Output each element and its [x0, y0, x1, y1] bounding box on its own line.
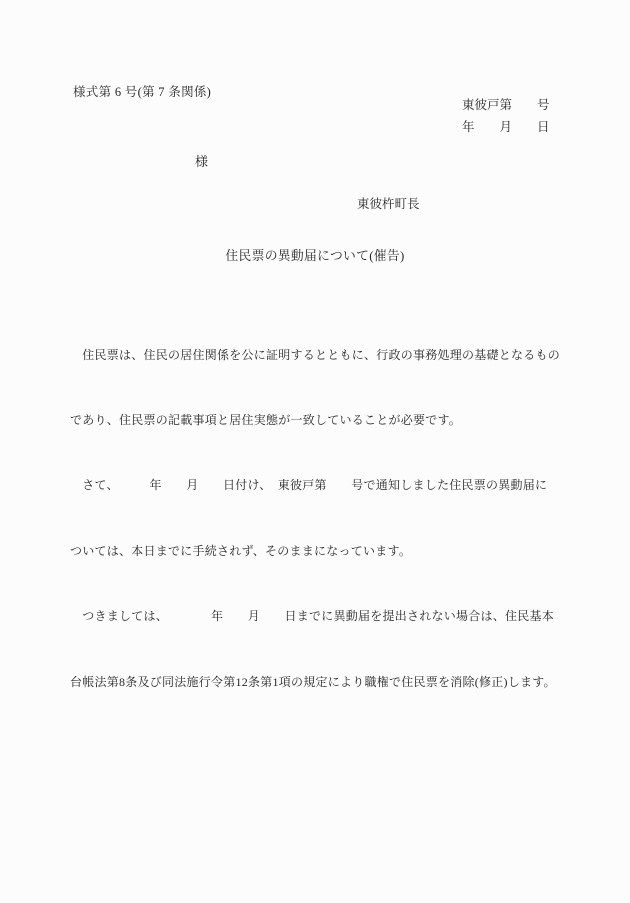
body-line: であり、住民票の記載事項と居住実態が一致していることが必要です。 — [70, 410, 560, 432]
body-line: 台帳法第8条及び同法施行令第12条第1項の規定により職権で住民票を消除(修正)し… — [70, 672, 560, 694]
body-text: 住民票は、住民の居住関係を公に証明するとともに、行政の事務処理の基礎となるもの … — [70, 301, 560, 737]
form-number-label: 様式第 6 号(第 7 条関係) — [73, 82, 211, 100]
addressee-suffix: 様 — [195, 151, 208, 170]
subject-title: 住民票の異動届について(催告) — [0, 245, 630, 264]
document-page: 様式第 6 号(第 7 条関係) 東彼戸第 号 年 月 日 様 東彼杵町長 住民… — [0, 0, 630, 903]
body-line: 住民票は、住民の居住関係を公に証明するとともに、行政の事務処理の基礎となるもの — [70, 345, 560, 367]
document-date-line: 年 月 日 — [462, 117, 550, 135]
sender-title: 東彼杵町長 — [357, 194, 420, 212]
document-reference-number: 東彼戸第 号 — [462, 95, 550, 113]
body-line: つきましては、 年 月 日までに異動届を提出されない場合は、住民基本 — [70, 606, 560, 628]
body-line: さて、 年 月 日付け、 東彼戸第 号で通知しました住民票の異動届に — [70, 475, 560, 497]
body-line: ついては、本日までに手続されず、そのままになっています。 — [70, 541, 560, 563]
